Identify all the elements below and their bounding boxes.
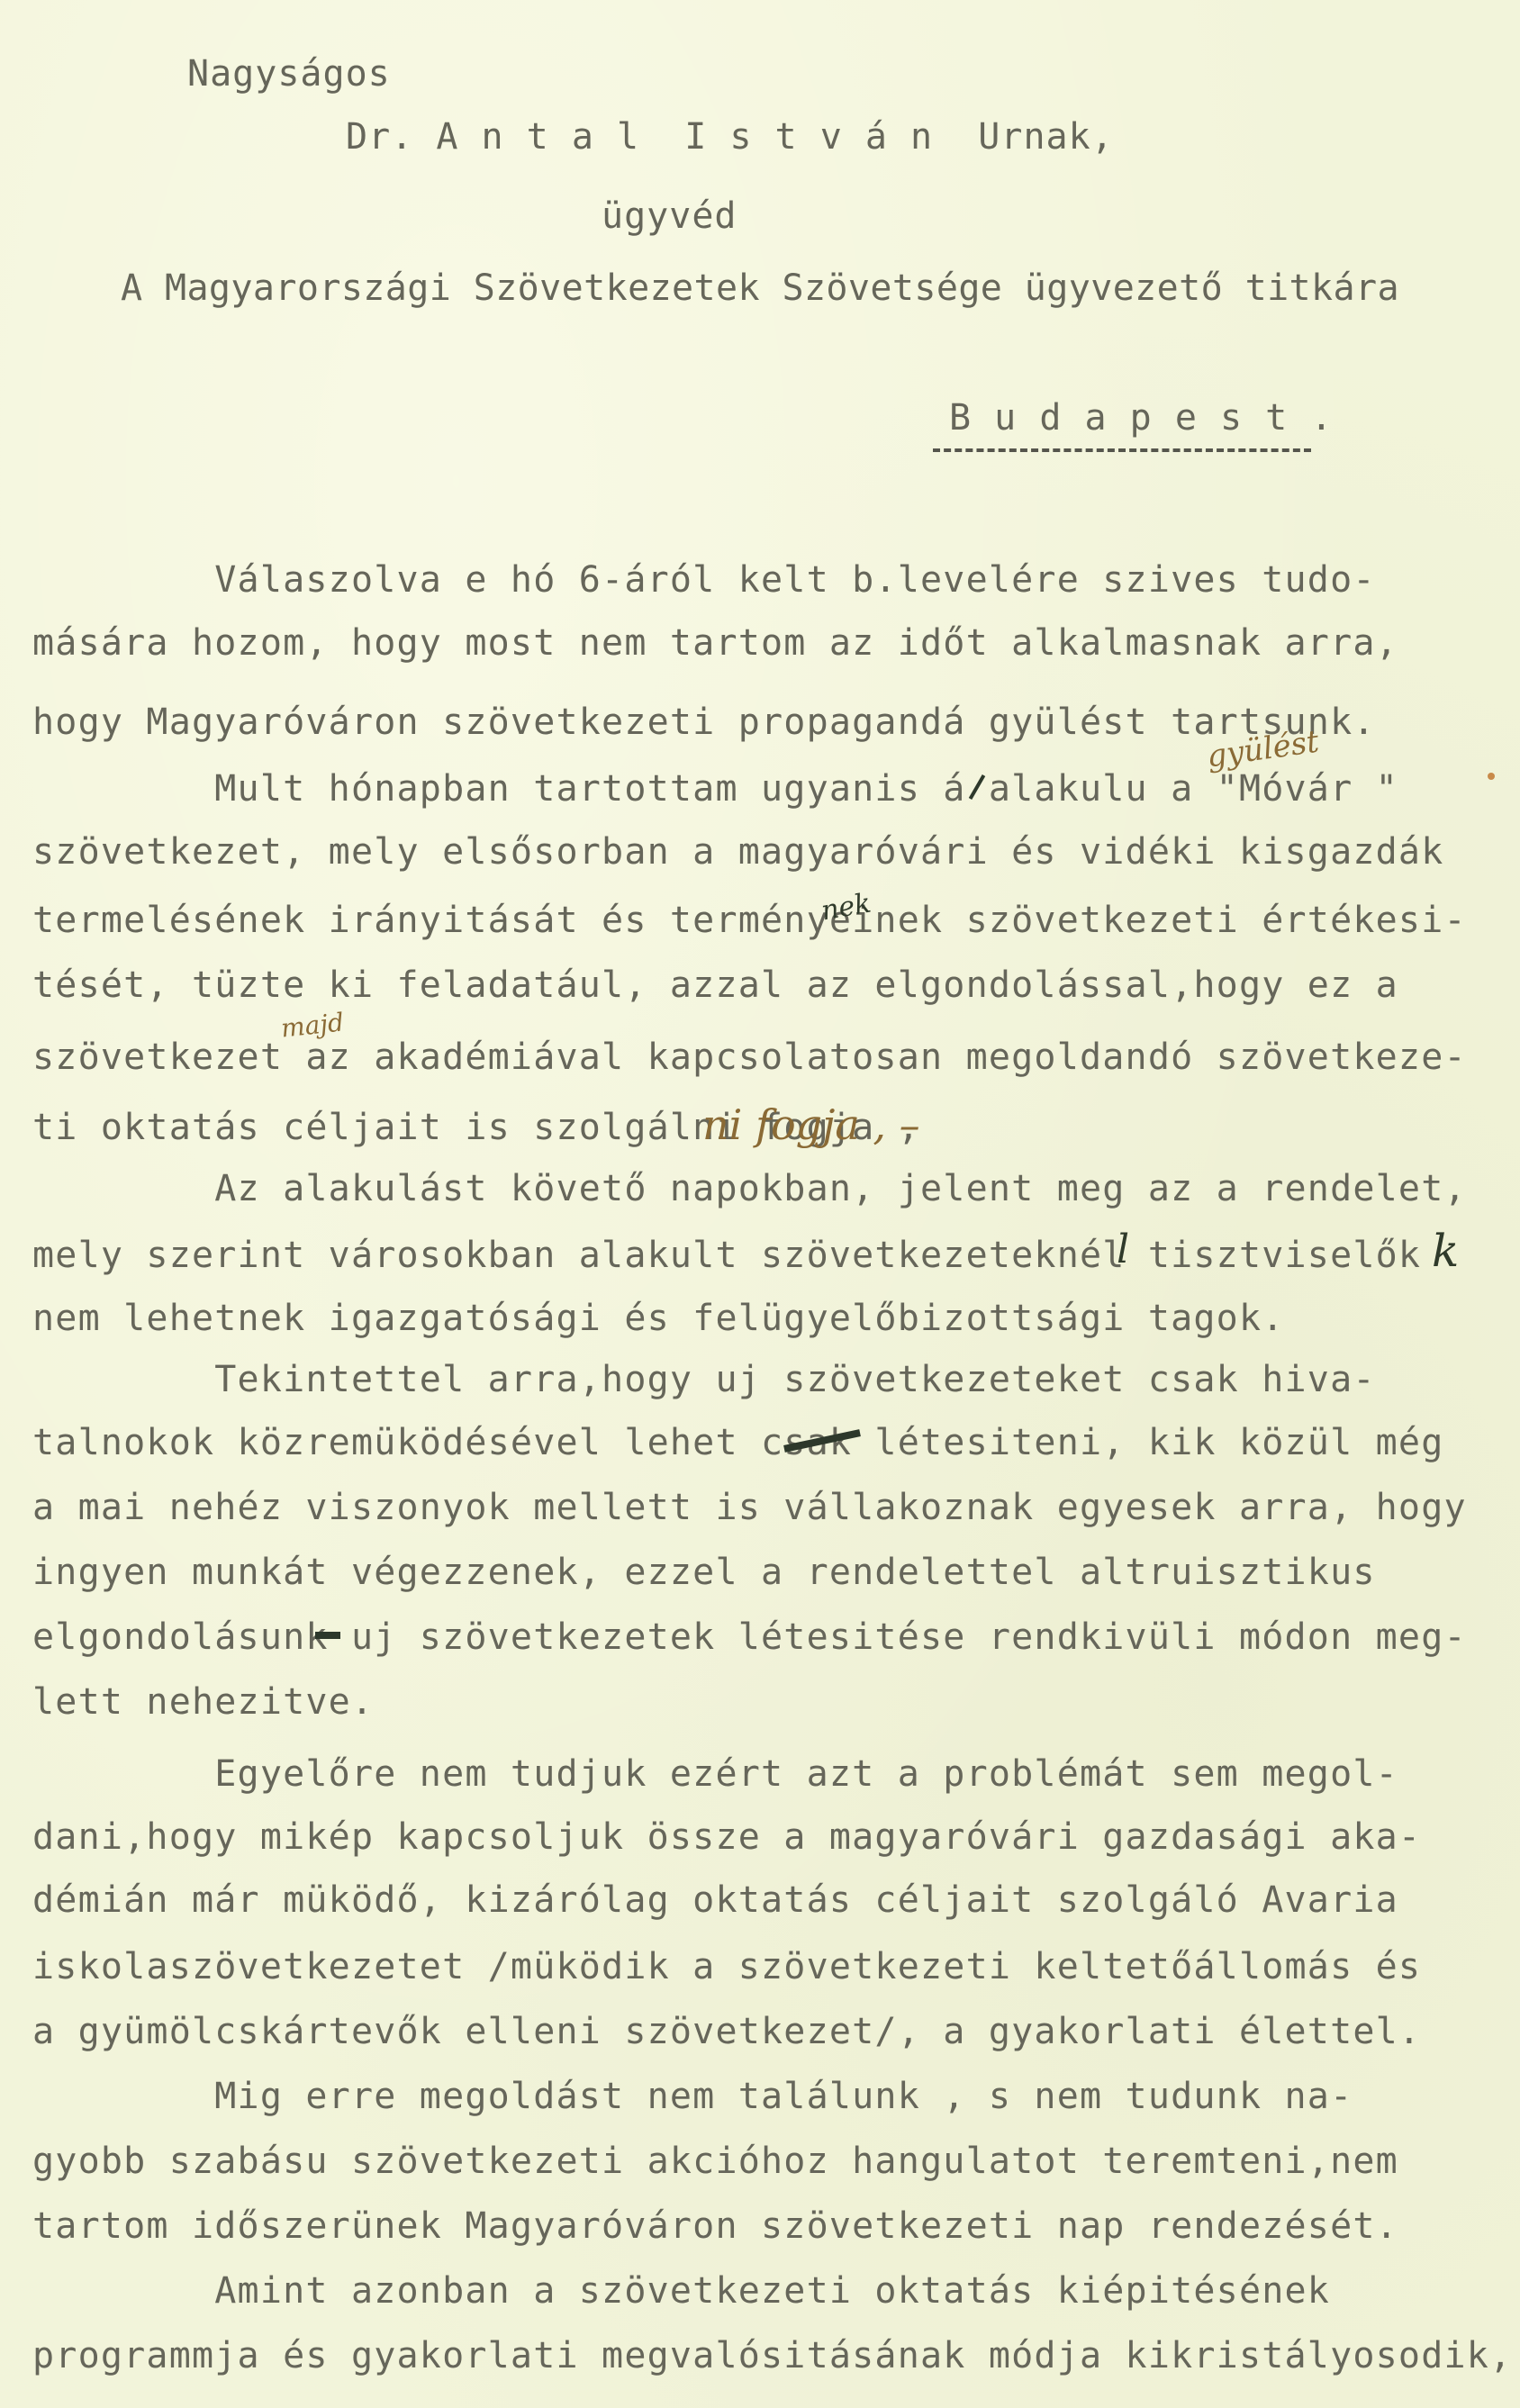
body-line-27: Amint azonban a szövetkezeti oktatás kié… — [32, 2269, 1330, 2313]
recipient-title: ügyvéd — [602, 195, 737, 238]
body-line-10: Az alakulást követő napokban, jelent meg… — [32, 1167, 1467, 1210]
body-line-22: iskolaszövetkezetet /müködik a szövetkez… — [32, 1945, 1421, 1988]
body-line-24: Mig erre megoldást nem találunk , s nem … — [32, 2075, 1353, 2118]
recipient-city: B u d a p e s t . — [949, 396, 1333, 439]
body-line-25: gyobb szabásu szövetkezeti akcióhoz hang… — [32, 2140, 1398, 2183]
recipient-organization: A Magyarországi Szövetkezetek Szövetsége… — [121, 267, 1399, 310]
body-line-2: mására hozom, hogy most nem tartom az id… — [32, 621, 1398, 665]
strikethrough-mark — [315, 1632, 340, 1639]
salutation: Nagyságos — [187, 52, 391, 95]
handwritten-l-annotation: l — [1117, 1227, 1129, 1272]
body-line-28: programmja és gyakorlati megvalósitásána… — [32, 2334, 1512, 2377]
letter-page: Nagyságos Dr. A n t a l I s t v á n Urna… — [0, 0, 1520, 2408]
body-line-8: szövetkezet az akadémiával kapcsolatosan… — [32, 1036, 1467, 1079]
body-line-26: tartom időszerünek Magyaróváron szövetke… — [32, 2204, 1398, 2248]
body-line-19: Egyelőre nem tudjuk ezért azt a problémá… — [32, 1752, 1398, 1796]
recipient-name: Dr. A n t a l I s t v á n Urnak, — [346, 115, 1114, 158]
body-line-6: termelésének irányitását és terményeinek… — [32, 899, 1467, 942]
body-line-18: lett nehezitve. — [32, 1680, 374, 1724]
city-underline — [933, 448, 1311, 452]
body-line-1: Válaszolva e hó 6-áról kelt b.levelére s… — [32, 558, 1376, 602]
handwritten-ni-fogja-annotation: ni fogja , – — [702, 1100, 920, 1149]
body-line-21: démián már müködő, kizárólag oktatás cél… — [32, 1878, 1398, 1922]
handwritten-k-annotation: k — [1432, 1225, 1459, 1277]
body-line-15: a mai nehéz viszonyok mellett is vállako… — [32, 1486, 1467, 1529]
body-line-17: elgondolásunk uj szövetkezetek létesités… — [32, 1616, 1467, 1659]
body-line-12: nem lehetnek igazgatósági és felügyelőbi… — [32, 1297, 1285, 1340]
body-line-20: dani,hogy mikép kapcsoljuk össze a magya… — [32, 1815, 1421, 1859]
body-line-16: ingyen munkát végezzenek, ezzel a rendel… — [32, 1551, 1376, 1594]
body-line-3: hogy Magyaróváron szövetkezeti propagand… — [32, 701, 1376, 744]
body-line-7: tését, tüzte ki feladatául, azzal az elg… — [32, 964, 1398, 1007]
paper-speck — [1488, 773, 1495, 780]
body-line-5: szövetkezet, mely elsősorban a magyaróvá… — [32, 830, 1444, 874]
body-line-4: Mult hónapban tartottam ugyanis á alakul… — [32, 767, 1398, 810]
body-line-11: mely szerint városokban alakult szövetke… — [32, 1234, 1421, 1277]
body-line-13: Tekintettel arra,hogy uj szövetkezeteket… — [32, 1358, 1376, 1401]
body-line-14: talnokok közremüködésével lehet csak lét… — [32, 1421, 1444, 1464]
body-line-23: a gyümölcskártevők elleni szövetkezet/, … — [32, 2010, 1421, 2053]
